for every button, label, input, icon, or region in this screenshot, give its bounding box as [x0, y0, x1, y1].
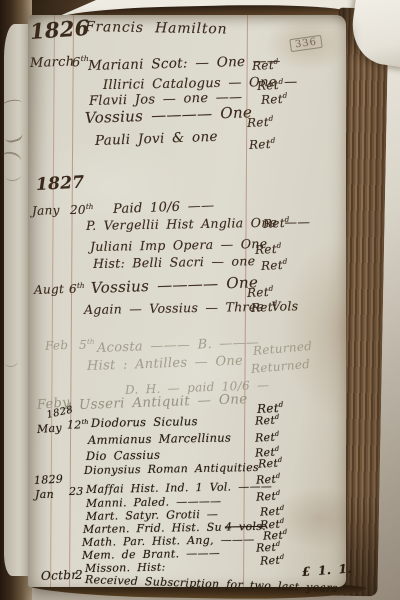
entry-title: Vossius ———— One	[85, 105, 253, 126]
status-suffix: d	[284, 215, 289, 224]
ledger-page: 1826 Francis Hamilton 336 1827 March6thM…	[28, 15, 346, 587]
entry-status: Retd	[256, 490, 281, 503]
title-text: Juliani Imp Opera — One	[90, 236, 268, 254]
status-suffix: d	[282, 91, 287, 100]
title-text: Pauli Jovi & one	[95, 129, 218, 149]
day-number: 12	[67, 419, 82, 432]
status-suffix: d	[275, 413, 280, 421]
status-suffix: d	[268, 114, 273, 123]
status-suffix: d	[278, 456, 283, 464]
day-suffix: th	[86, 202, 94, 211]
status-suffix: d	[280, 504, 285, 512]
day-number: 2	[75, 568, 83, 582]
entry-date-month: March	[30, 55, 75, 70]
status-text: Ret	[258, 457, 279, 471]
margin-rule-line	[50, 15, 55, 587]
title-text: Mem. de Brant. ———	[82, 547, 220, 562]
entry-title: Juliani Imp Opera — One	[90, 238, 268, 254]
entry-status: Retd	[261, 92, 288, 106]
entry-date-month: Octbr	[41, 569, 78, 582]
entry-status: Retd	[258, 457, 283, 470]
entry-year: 1829	[34, 473, 64, 486]
entry-status: Retd	[261, 258, 288, 272]
entry-amount: £ 1. 1.	[302, 563, 353, 578]
status-suffix: d	[283, 528, 288, 536]
entry-title: Acosta ——— B. ———	[97, 336, 260, 355]
entry-title: Misson. Hist:	[85, 562, 166, 574]
entry-title: Hist : Antilles — One	[87, 355, 244, 373]
page-number-badge: 336	[289, 35, 323, 52]
entry-title: Paid 10/6 ——	[113, 199, 215, 216]
status-text: Ret	[247, 285, 270, 300]
entry-title: Mem. de Brant. ———	[82, 548, 220, 561]
entry-title: Ammianus Marcellinus	[88, 433, 231, 447]
status-text: Ret	[255, 431, 276, 445]
entry-status: Returned	[252, 340, 312, 357]
status-text: Returned	[250, 357, 310, 376]
status-suffix: d	[276, 472, 281, 480]
status-text: Ret	[252, 58, 275, 73]
entry-title: Usseri Antiquit — One	[79, 393, 248, 412]
entry-date-month: Augt	[34, 283, 65, 296]
status-text: Ret	[260, 554, 281, 568]
title-text: Usseri Antiquit — One	[79, 391, 248, 413]
prev-page-writing-fragment	[3, 355, 18, 368]
status-text: Ret	[261, 92, 284, 107]
entry-status: Retd	[260, 505, 285, 518]
entry-date-day: 2	[75, 569, 83, 581]
status-suffix: d	[276, 489, 281, 497]
entry-date-day: 6th	[69, 282, 84, 295]
day-suffix: th	[87, 337, 95, 346]
year-heading-1826: 1826	[29, 17, 90, 42]
entry-date-day: 12th	[67, 419, 89, 431]
title-text: Dionysius Roman Antiquities	[84, 461, 259, 477]
entry-date-day: 5th	[79, 338, 94, 351]
entry-date-day: 6th	[72, 55, 89, 69]
title-text: Vossius ———— One	[91, 273, 259, 297]
entry-status: Retd	[255, 242, 282, 256]
status-suffix: d	[278, 400, 283, 409]
title-text: Hist: Belli Sacri — one	[93, 253, 256, 271]
entry-title: Pauli Jovi & one	[95, 131, 218, 149]
day-number: 6	[69, 282, 77, 296]
entry-title: Dionysius Roman Antiquities	[84, 462, 259, 476]
day-number: 23	[69, 485, 84, 498]
entry-title: Hist: Belli Sacri — one	[93, 255, 256, 270]
status-suffix: d	[273, 57, 278, 66]
entry-date-month: Jan	[35, 489, 54, 500]
year-heading-1827: 1827	[36, 174, 85, 194]
entry-date-day: 20th	[70, 203, 93, 216]
entry-status: Retd	[255, 431, 280, 444]
status-suffix: d	[275, 430, 280, 438]
entry-status: Retd	[249, 137, 276, 151]
status-text: Ret	[256, 541, 277, 555]
status-text: Ret	[261, 258, 284, 273]
entry-date-month: Feb	[45, 339, 69, 352]
status-text: Ret	[257, 78, 280, 93]
entry-date-month: May	[37, 422, 63, 435]
status-text: Ret	[251, 300, 274, 315]
status-suffix: d	[280, 553, 285, 561]
prev-page-writing-fragment	[2, 124, 24, 144]
prev-page-writing-fragment	[1, 98, 22, 110]
title-text: Hist : Antilles — One	[87, 354, 244, 374]
day-number: 6	[72, 55, 81, 70]
day-number: 20	[70, 203, 86, 217]
previous-page-edge	[4, 24, 31, 576]
prev-page-writing-fragment	[0, 150, 22, 168]
status-suffix: d	[270, 136, 275, 145]
entry-status: Retd	[256, 473, 281, 486]
title-text: Diodorus Siculus	[91, 414, 198, 430]
margin-rule-line	[69, 15, 74, 587]
entry-status: Retd	[263, 216, 290, 230]
status-text: Ret	[263, 216, 286, 231]
entry-title: Diodorus Siculus	[91, 416, 198, 429]
title-text: Paid 10/6 ——	[113, 198, 215, 217]
status-suffix: d	[276, 540, 281, 548]
status-suffix: d	[276, 241, 281, 250]
entry-title: Math. Par. Hist. Ang, ———	[82, 534, 255, 548]
entry-status: Retd	[260, 554, 285, 567]
status-suffix: d	[272, 299, 277, 308]
entry-status: Returned	[250, 358, 310, 375]
title-text: Dio Cassius	[86, 448, 160, 463]
entry-title: Dio Cassius	[86, 450, 160, 463]
day-suffix: th	[82, 418, 89, 426]
entry-title: Maffai Hist. Ind. 1 Vol. ———	[86, 481, 272, 495]
prev-page-writing-fragment	[4, 169, 21, 182]
status-text: Ret	[260, 505, 281, 519]
entry-status: Retd	[247, 285, 274, 299]
entry-title: Vossius ———— One	[91, 275, 259, 296]
photograph-of-ledger-page: 1826 Francis Hamilton 336 1827 March6thM…	[0, 0, 400, 600]
entry-date-month: Jany	[32, 204, 60, 217]
day-number: 5	[79, 338, 87, 352]
entry-status: Retd	[255, 414, 280, 427]
day-suffix: th	[77, 281, 85, 290]
entry-status: Retd	[247, 115, 274, 129]
entry-status: Retd	[252, 58, 279, 72]
status-text: Ret	[256, 490, 277, 504]
status-text: Ret	[255, 242, 278, 257]
status-text: Ret	[249, 137, 272, 152]
status-text: Returned	[252, 339, 312, 358]
status-suffix: d	[275, 445, 280, 453]
entry-date-day: 23	[69, 486, 84, 497]
status-text: Ret	[247, 115, 270, 130]
status-suffix: d	[282, 257, 287, 266]
entry-status: Retd	[257, 78, 284, 92]
status-suffix: d	[280, 517, 285, 525]
status-text: Ret	[256, 473, 277, 487]
status-suffix: d	[278, 77, 283, 86]
entry-status: Retd	[256, 541, 281, 554]
borrower-name: Francis Hamilton	[85, 20, 228, 36]
status-text: Ret	[255, 414, 276, 428]
entry-status: Retd	[251, 300, 278, 314]
title-text: Ammianus Marcellinus	[88, 431, 231, 447]
status-suffix: d	[268, 284, 273, 293]
